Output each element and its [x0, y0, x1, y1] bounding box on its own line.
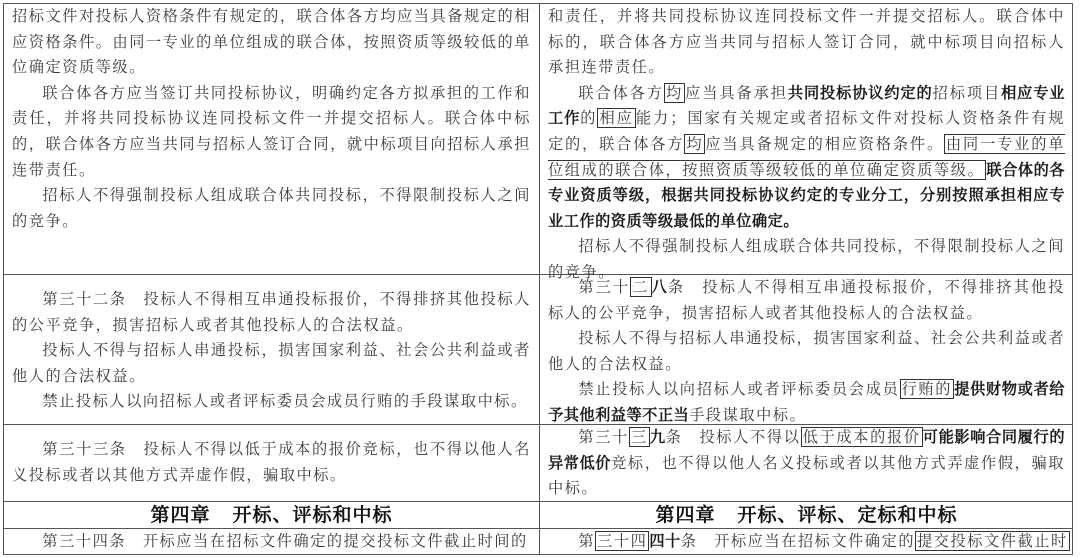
comparison-table: 招标文件对投标人资格条件有规定的，联合体各方均应当具备规定的相应资格条件。由同一…	[3, 3, 1073, 555]
paragraph: 招标人不得强制投标人组成联合体共同投标，不得限制投标人之间的竞争。	[12, 183, 531, 234]
paragraph: 第三十二条 投标人不得相互串通投标报价，不得排挤其他投标人的公平竞争，损害招标人…	[12, 287, 531, 338]
paragraph: 第三十二八条 投标人不得相互串通投标报价，不得排挤其他投标人的公平竞争，损害招标…	[548, 275, 1065, 326]
text-segment: 第三十	[578, 278, 630, 296]
paragraph: 第三十四条 开标应当在招标文件确定的提交投标文件截止时间的	[12, 529, 531, 555]
row4-old-text: 第三十四条 开标应当在招标文件确定的提交投标文件截止时间的	[4, 529, 539, 555]
boxed-deletion: 均	[684, 134, 705, 154]
boxed-deletion: 提交投标文件截止时	[915, 531, 1070, 551]
chapter-title: 开标、评标、定标和中标	[738, 504, 958, 526]
boxed-deletion: 相应	[597, 108, 635, 128]
paragraph: 投标人不得与招标人串通投标，损害国家利益、社会公共利益或者他人的合法权益。	[548, 326, 1065, 377]
paragraph: 禁止投标人以向招标人或者评标委员会成员行贿的手段谋取中标。	[12, 389, 531, 415]
paragraph: 联合体各方应当签订共同投标协议，明确约定各方拟承担的工作和责任，并将共同投标协议…	[12, 81, 531, 183]
paragraph: 第三十四四十条 开标应当在招标文件确定的提交投标文件截止时	[548, 529, 1065, 555]
boxed-deletion: 二	[630, 277, 651, 297]
row3-new-text: 第三十三九条 投标人不得以低于成本的报价可能影响合同履行的异常低价竞标，也不得以…	[540, 425, 1073, 501]
text-segment: 竞标，也不得以他人名义投标或者以其他方式弄虚作假，骗取中标。	[548, 454, 1065, 498]
text-segment: 条 投标人不得以	[666, 428, 801, 446]
boxed-deletion: 低于成本的报价	[801, 427, 923, 447]
text-segment: 条 开标应当在招标文件确定的	[681, 532, 915, 550]
text-segment: 的	[580, 109, 597, 127]
text-segment: 联合体各方	[578, 84, 664, 102]
chapter-number: 第四章	[150, 504, 210, 526]
bold-addition: 共同投标协议约定的	[788, 84, 933, 102]
paragraph: 联合体各方均应当具备承担共同投标协议约定的招标项目相应专业工作的相应能力；国家有…	[548, 81, 1065, 235]
paragraph: 第三十三九条 投标人不得以低于成本的报价可能影响合同履行的异常低价竞标，也不得以…	[548, 425, 1065, 502]
text-segment: 禁止投标人以向招标人或者评标委员会成员	[578, 380, 899, 398]
bold-addition: 四十	[649, 532, 680, 550]
text-segment: 手段谋取中标。	[689, 406, 806, 424]
boxed-deletion: 均	[664, 83, 685, 103]
row3-old-text: 第三十三条 投标人不得以低于成本的报价竞标，也不得以他人名义投标或者以其他方式弄…	[4, 437, 539, 501]
paragraph: 投标人不得与招标人串通投标，损害国家利益、社会公共利益或者他人的合法权益。	[12, 338, 531, 389]
paragraph: 禁止投标人以向招标人或者评标委员会成员行贿的提供财物或者给予其他利益等不正当手段…	[548, 377, 1065, 428]
text-segment: 第三十	[578, 428, 629, 446]
bold-addition: 九	[650, 428, 666, 446]
row1-old-text: 招标文件对投标人资格条件有规定的，联合体各方均应当具备规定的相应资格条件。由同一…	[4, 4, 539, 274]
text-segment: 应当具备承担	[685, 84, 788, 102]
row4-new-text: 第三十四四十条 开标应当在招标文件确定的提交投标文件截止时	[540, 529, 1073, 555]
paragraph: 招标文件对投标人资格条件有规定的，联合体各方均应当具备规定的相应资格条件。由同一…	[12, 4, 531, 81]
row2-old-text: 第三十二条 投标人不得相互串通投标报价，不得排挤其他投标人的公平竞争，损害招标人…	[4, 287, 539, 424]
chapter-heading-old: 第四章开标、评标和中标	[4, 503, 539, 527]
boxed-deletion: 三十四	[595, 531, 649, 551]
text-segment: 投标人不得与招标人串通投标，损害国家利益、社会公共利益或者他人的合法权益。	[548, 329, 1065, 373]
text-segment: 第	[578, 532, 595, 550]
bold-addition: 八	[652, 278, 668, 296]
paragraph: 和责任，并将共同投标协议连同投标文件一并提交招标人。联合体中标的，联合体各方应当…	[548, 4, 1065, 81]
text-segment: 应当具备规定的相应资格条件。	[705, 135, 944, 153]
paragraph: 第三十三条 投标人不得以低于成本的报价竞标，也不得以他人名义投标或者以其他方式弄…	[12, 437, 531, 488]
row2-new-text: 第三十二八条 投标人不得相互串通投标报价，不得排挤其他投标人的公平竞争，损害招标…	[540, 275, 1073, 424]
row1-new-text: 和责任，并将共同投标协议连同投标文件一并提交招标人。联合体中标的，联合体各方应当…	[540, 4, 1073, 274]
chapter-title: 开标、评标和中标	[233, 504, 393, 526]
text-segment: 招标项目	[933, 84, 1002, 102]
text-segment: 和责任，并将共同投标协议连同投标文件一并提交招标人。联合体中标的，联合体各方应当…	[548, 7, 1065, 76]
boxed-deletion: 三	[629, 427, 650, 447]
chapter-number: 第四章	[655, 504, 715, 526]
chapter-heading-new: 第四章开标、评标、定标和中标	[540, 503, 1073, 527]
boxed-deletion: 行贿的	[900, 379, 955, 399]
